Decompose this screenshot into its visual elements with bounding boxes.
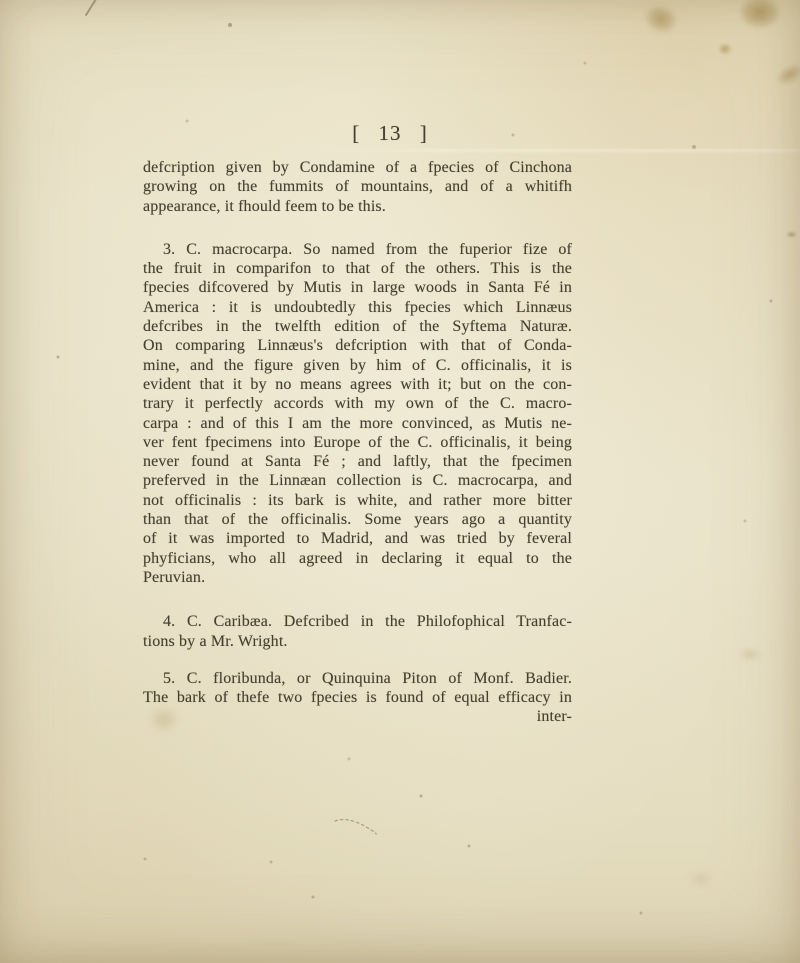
text-line: 4. C. Caribæa. Defcribed in the Philofop… (143, 612, 572, 631)
foxing-spot (688, 870, 714, 888)
text-line: appearance, it fhould feem to be this. (143, 197, 572, 216)
paragraph-continuation: defcription given by Condamine of a fpec… (143, 158, 572, 216)
foxing-spot (740, 0, 780, 28)
foxing-spot (772, 59, 800, 89)
ink-slash-mark (85, 0, 97, 16)
foxing-spot (738, 648, 762, 661)
page-number: [ 13 ] (330, 121, 450, 146)
text-line: defcribes in the twelfth edition of the … (143, 317, 572, 336)
text-line: not officinalis : its bark is white, and… (143, 491, 572, 510)
paragraph-item-5: 5. C. floribunda, or Quinquina Piton of … (143, 669, 572, 708)
paper-specks (0, 0, 2, 2)
paper-crease (300, 149, 800, 152)
text-line: tions by a Mr. Wright. (143, 632, 572, 651)
text-line: evident that it by no means agrees with … (143, 375, 572, 394)
text-line: 3. C. macrocarpa. So named from the fupe… (143, 240, 572, 259)
foxing-spot (642, 1, 681, 36)
text-line: of it was imported to Madrid, and was tr… (143, 529, 572, 548)
paragraph-item-3: 3. C. macrocarpa. So named from the fupe… (143, 240, 572, 587)
text-line: On comparing Linnæus's defcription with … (143, 336, 572, 355)
text-block: defcription given by Condamine of a fpec… (143, 158, 572, 727)
text-line: 5. C. floribunda, or Quinquina Piton of … (143, 669, 572, 688)
foxing-spot (718, 43, 732, 55)
paragraph-item-4: 4. C. Caribæa. Defcribed in the Philofop… (143, 612, 572, 651)
text-line: Peruvian. (143, 568, 572, 587)
catchword: inter- (143, 707, 572, 726)
text-line: the fruit in comparifon to that of the o… (143, 259, 572, 278)
foxing-spot (786, 231, 797, 238)
text-line: America : it is undoubtedly this fpecies… (143, 298, 572, 317)
text-line: defcription given by Condamine of a fpec… (143, 158, 572, 177)
text-line: carpa : and of this I am the more convin… (143, 414, 572, 433)
text-line: growing on the fummits of mountains, and… (143, 177, 572, 196)
text-line: fpecies difcovered by Mutis in large woo… (143, 278, 572, 297)
text-line: ver fent fpecimens into Europe of the C.… (143, 433, 572, 452)
text-line: preferved in the Linnæan collection is C… (143, 471, 572, 490)
book-page: [ 13 ] defcription given by Condamine of… (0, 0, 800, 963)
text-line: The bark of thefe two fpecies is found o… (143, 688, 572, 707)
text-line: never found at Santa Fé ; and laftly, th… (143, 452, 572, 471)
text-line: trary it perfectly accords with my own o… (143, 394, 572, 413)
text-line: mine, and the figure given by him of C. … (143, 356, 572, 375)
pencil-mark (330, 812, 390, 842)
text-line: than that of the officinalis. Some years… (143, 510, 572, 529)
text-line: phyficians, who all agreed in declaring … (143, 549, 572, 568)
